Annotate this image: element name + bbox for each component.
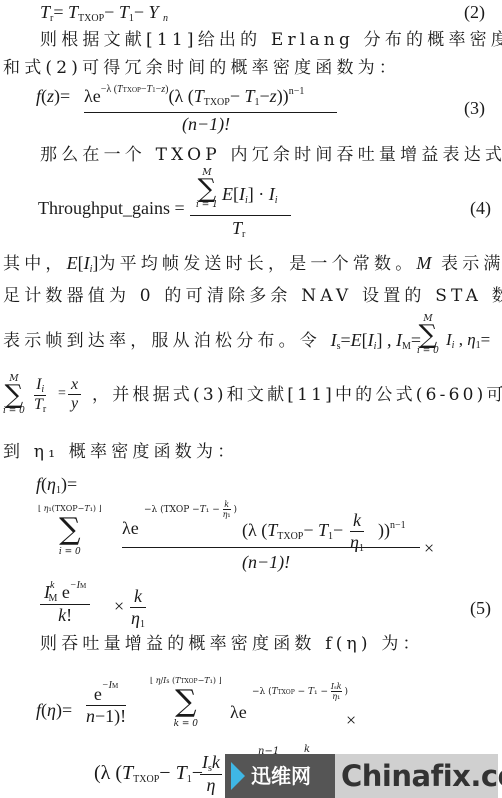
times-sign: ×: [424, 538, 434, 559]
fraction-bar: [122, 547, 420, 548]
equals: =: [58, 386, 66, 402]
paragraph-3-line-1: 其中，E[Ii]为平均帧发送时长，是一个常数。M 表示满: [3, 253, 502, 280]
equation-6-prefactor: e−IM n−1)!: [86, 680, 126, 727]
paragraph-3-line-2: 足计数器值为 0 的可清除多余 NAV 设置的 STA 数。Ii: [3, 285, 502, 312]
lambda-e: λe: [122, 518, 139, 539]
paragraph-4: 则吞吐量增益的概率密度函数 f(η) 为：: [40, 634, 424, 654]
summation-symbol: M ∑ i = 0: [3, 374, 25, 416]
equation-number-4: (4): [470, 198, 491, 219]
equation-5-main: (λ (TTXOP− T1−: [242, 520, 343, 542]
equation-5-denominator: (n−1)!: [242, 552, 290, 573]
fraction-Ii-Tr: Ii Tr: [34, 376, 46, 415]
fraction-x-y: x y: [68, 376, 81, 413]
equation-5-lower-fraction: IkM e−IM k!: [40, 580, 90, 626]
equation-number-5: (5): [470, 598, 491, 619]
equation-3: f(z)=: [36, 86, 70, 107]
equation-4-lhs: Throughput_gains =: [38, 198, 185, 219]
fraction-k-eta1: k η1: [130, 586, 146, 630]
fraction-Isk-eta: Isk η: [200, 752, 222, 796]
summation-symbol: M ∑ i = 1: [196, 168, 218, 210]
summation-symbol: M ∑ i = 0: [417, 314, 439, 356]
times-sign: ×: [114, 596, 124, 617]
equation-6-line-2: (λ (TTXOP− T1−: [94, 762, 203, 785]
equation-6-lhs: f(η)=: [36, 700, 72, 721]
lambda-e: λe: [230, 702, 247, 723]
watermark-cn-text: 迅维网: [251, 754, 311, 798]
paragraph-1-line-2: 和式(2)可得冗余时间的概率密度函数为：: [3, 58, 400, 78]
summation-symbol: ⌊ η₁(TXOP−T₁) ⌋ ∑ i = 0: [38, 504, 102, 557]
equation-4-denominator: Tr: [232, 218, 245, 240]
summation-symbol: ⌊ η/Is (TTXOP−T₁) ⌋ ∑ k = 0: [150, 676, 222, 729]
equation-5-close: ))n−1: [378, 520, 406, 541]
paragraph-2-text: 那么在一个 TXOP 内冗余时间吞吐量增益表达式为: [40, 145, 502, 165]
arrow-icon: [231, 762, 245, 790]
watermark-en-text: Chinafix.com: [341, 754, 502, 798]
exponent: −λ (TXOP −T₁ − kη₁ ): [144, 500, 237, 519]
equation-3-denominator: (n−1)!: [182, 114, 230, 135]
paragraph-2: 那么在一个 TXOP 内冗余时间吞吐量增益表达式为[2]：: [40, 140, 502, 165]
times-sign: ×: [346, 710, 356, 731]
fraction-bar: [190, 215, 291, 216]
equation-4-numerator: E[Ii] · Ii: [222, 184, 278, 206]
equation-number-3: (3): [464, 98, 485, 119]
paragraph-1-line-1: 则根据文献[11]给出的 Erlang 分布的概率密度函数: [40, 30, 502, 50]
paragraph-3-line-4: ，并根据式(3)和文献[11]中的公式(6-60)可得: [92, 385, 502, 405]
paragraph-3-line-3-tail: Ii , η1=: [446, 330, 490, 351]
equation-5-lhs: f(η1)=: [36, 474, 77, 496]
equation-2: Tr= TTXOP− T1− Y n: [40, 2, 168, 24]
equation-3-numerator: λe−λ (TTXOP−T1−z)(λ (TTXOP− T1−z))n−1: [84, 84, 304, 108]
watermark-logo: 迅维网: [225, 754, 335, 798]
exponent: −λ (TTXOP − T₁ − Iₛkη₁ ): [252, 682, 348, 701]
paragraph-3-line-3: 表示帧到达率，服从泊松分布。令 Is=E[Ii] , IM=: [3, 330, 421, 357]
watermark: 迅维网 Chinafix.com: [225, 754, 498, 798]
paragraph-3-line-5: 到 η₁ 概率密度函数为：: [3, 442, 238, 462]
equation-number-2: (2): [464, 2, 485, 23]
